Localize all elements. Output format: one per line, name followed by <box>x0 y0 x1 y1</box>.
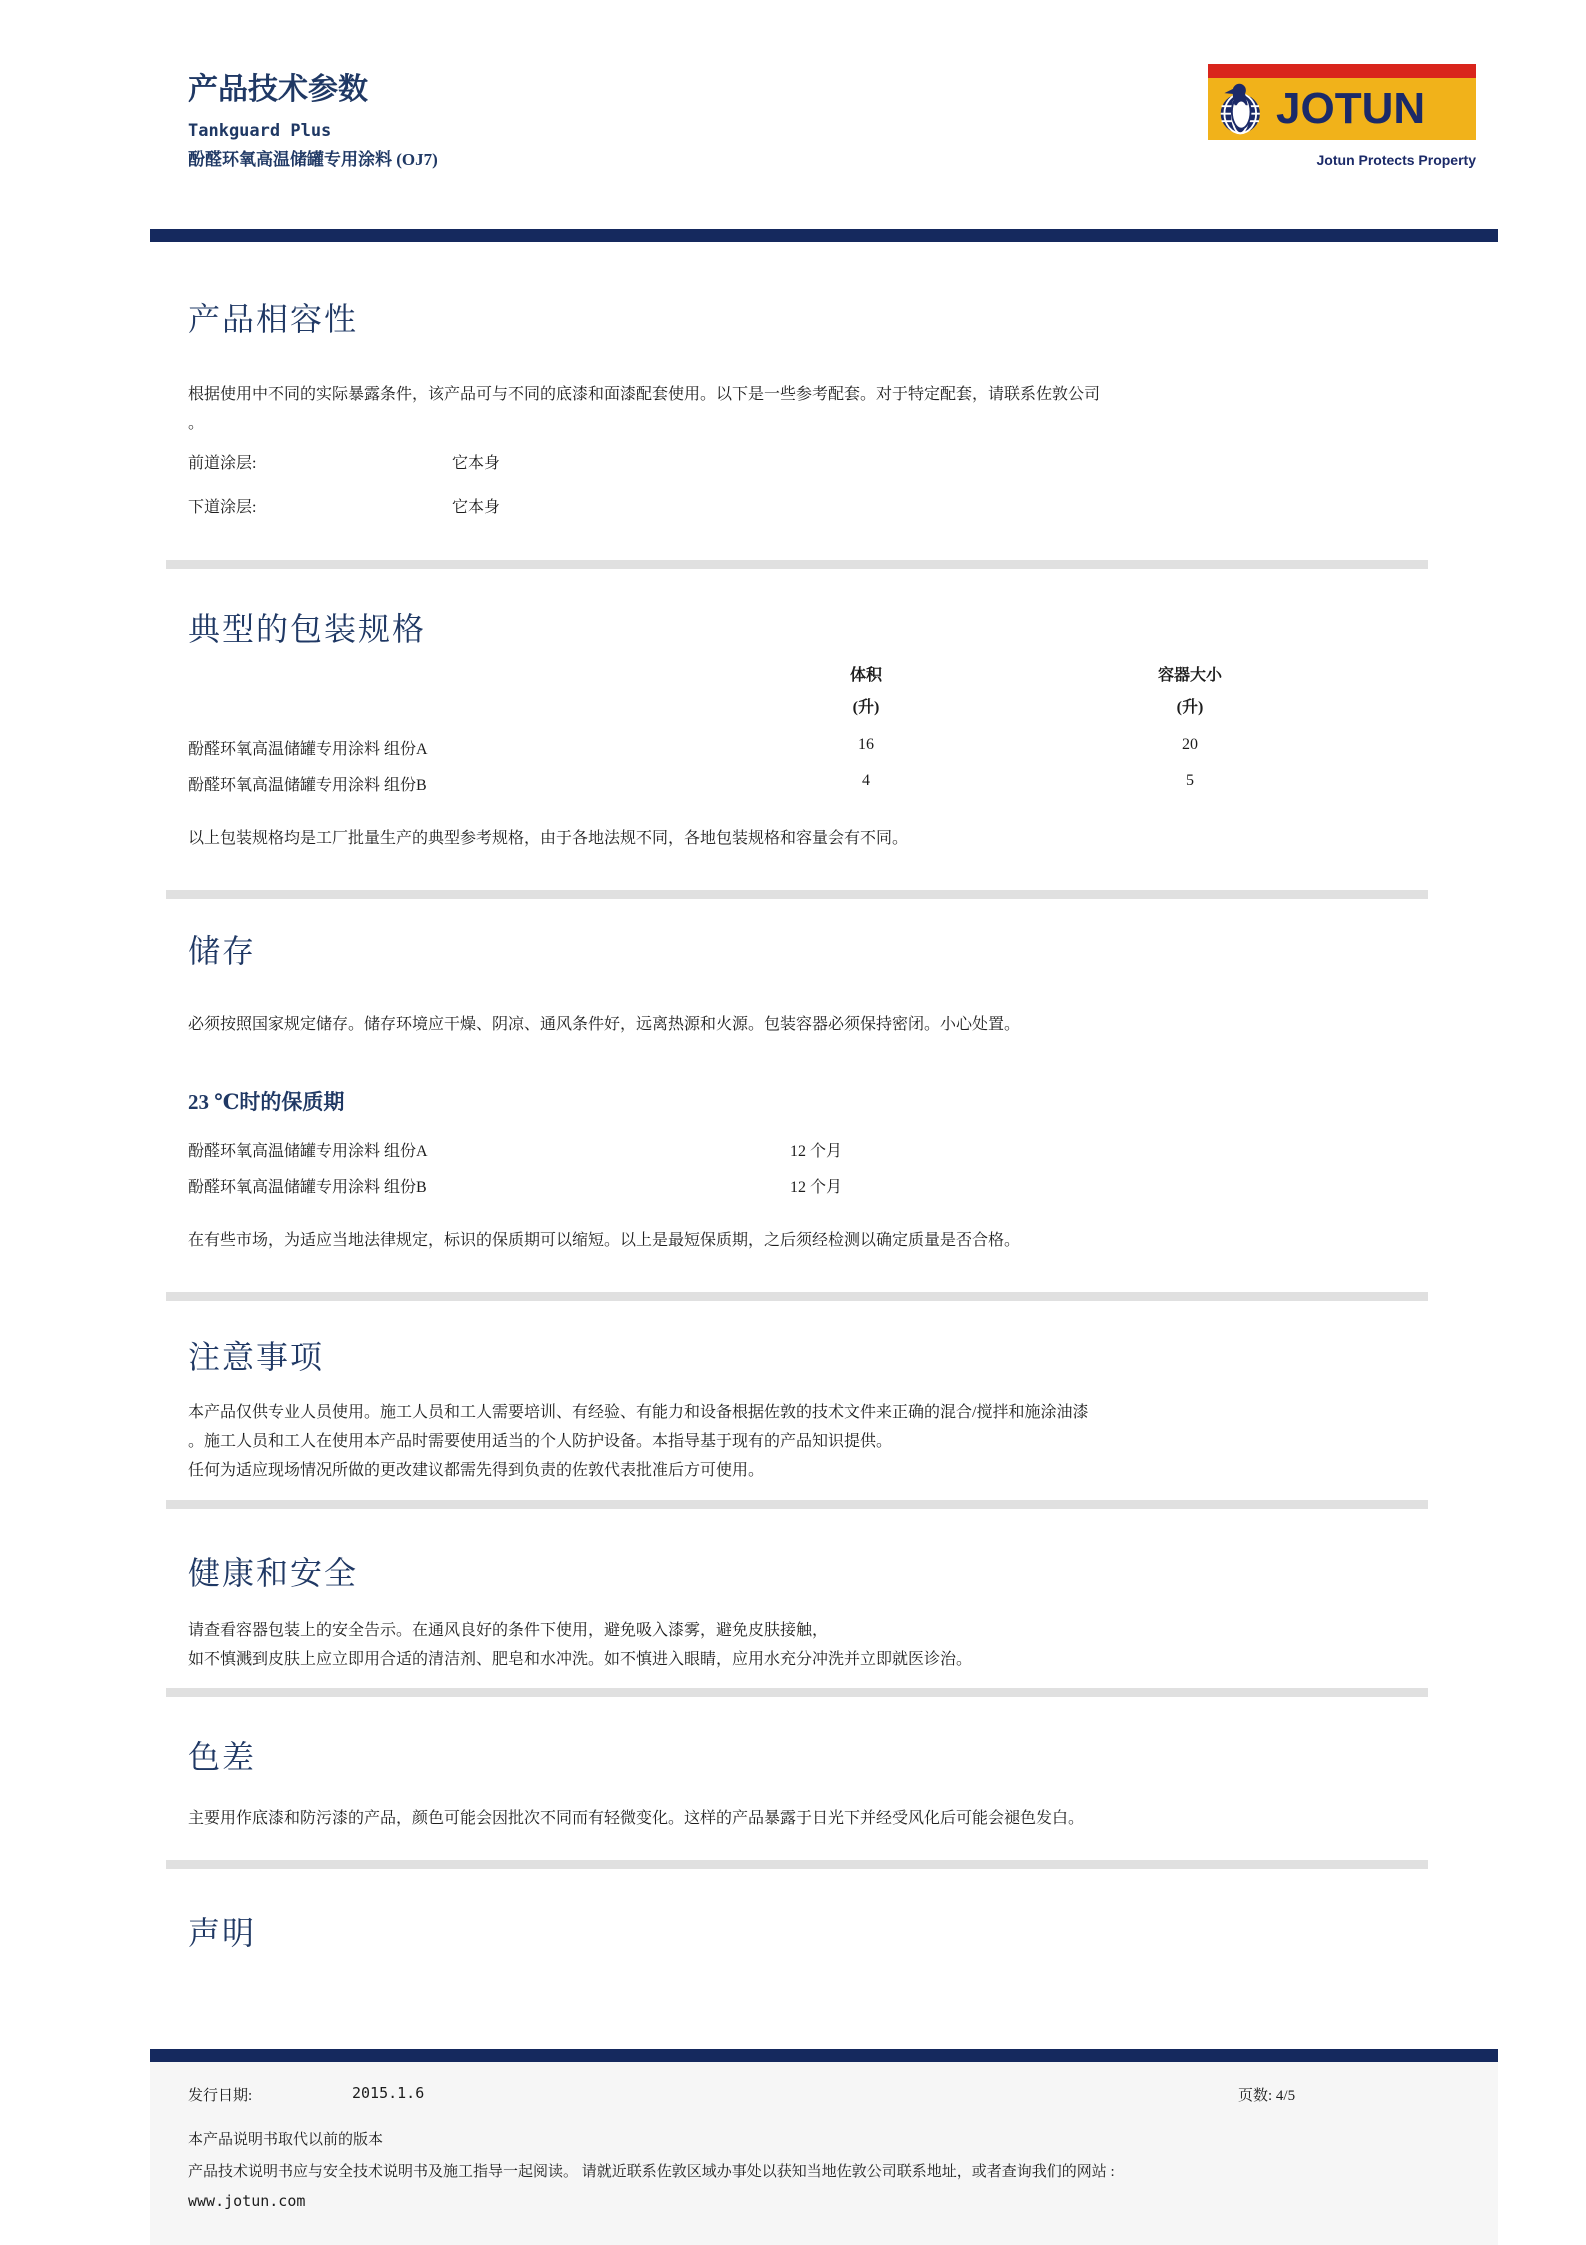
precautions-line3: 任何为适应现场情况所做的更改建议都需先得到负责的佐敦代表批准后方可使用。 <box>188 1456 1480 1485</box>
section-divider <box>166 1292 1428 1301</box>
product-subtitle: 酚醛环氧高温储罐专用涂料 (OJ7) <box>188 145 438 170</box>
section-heading-storage: 储存 <box>188 926 256 972</box>
footer-note-supersedes: 本产品说明书取代以前的版本 <box>188 2128 383 2149</box>
section-heading-packaging: 典型的包装规格 <box>188 604 426 650</box>
logo-red-strip <box>1208 64 1476 78</box>
compatibility-paragraph-line1: 根据使用中不同的实际暴露条件，该产品可与不同的底漆和面漆配套使用。以下是一些参考… <box>188 380 1480 409</box>
packaging-col-volume-title: 体积 <box>786 660 946 692</box>
issue-date-value: 2015.1.6 <box>352 2084 424 2102</box>
section-heading-color-variation: 色差 <box>188 1732 256 1778</box>
penguin-globe-icon <box>1216 81 1272 137</box>
precautions-line1: 本产品仅供专业人员使用。施工人员和工人需要培训、有经验、有能力和设备根据佐敦的技… <box>188 1398 1480 1427</box>
page-title: 产品技术参数 <box>188 64 368 108</box>
compatibility-paragraph: 根据使用中不同的实际暴露条件，该产品可与不同的底漆和面漆配套使用。以下是一些参考… <box>188 380 1480 438</box>
logo-brand-text: JOTUN <box>1276 87 1425 131</box>
header-divider-bar <box>150 229 1498 242</box>
section-divider <box>166 1688 1428 1697</box>
precautions-body: 本产品仅供专业人员使用。施工人员和工人需要培训、有经验、有能力和设备根据佐敦的技… <box>188 1398 1480 1485</box>
footer-note-read-with: 产品技术说明书应与安全技术说明书及施工指导一起阅读。 请就近联系佐敦区域办事处以… <box>188 2160 1480 2181</box>
packaging-col-container: 容器大小 (升) <box>1110 660 1270 724</box>
logo-yellow-box: JOTUN <box>1208 78 1476 140</box>
section-divider <box>166 1500 1428 1509</box>
section-heading-compatibility: 产品相容性 <box>188 294 358 340</box>
health-safety-line2: 如不慎溅到皮肤上应立即用合适的清洁剂、肥皂和水冲洗。如不慎进入眼睛，应用水充分冲… <box>188 1645 1480 1674</box>
shelf-life-heading: 23 ℃时的保质期 <box>188 1086 344 1116</box>
packaging-row-a-label: 酚醛环氧高温储罐专用涂料 组份A <box>188 736 428 759</box>
footer-divider-bar <box>150 2049 1498 2062</box>
packaging-col-container-title: 容器大小 <box>1110 660 1270 692</box>
packaging-row-b-volume: 4 <box>786 772 946 790</box>
section-divider <box>166 1860 1428 1869</box>
section-heading-health-safety: 健康和安全 <box>188 1548 358 1594</box>
health-safety-line1: 请查看容器包装上的安全告示。在通风良好的条件下使用，避免吸入漆雾，避免皮肤接触， <box>188 1616 1480 1645</box>
shelf-life-row-b-label: 酚醛环氧高温储罐专用涂料 组份B <box>188 1174 427 1197</box>
website-link[interactable]: www.jotun.com <box>188 2192 305 2210</box>
shelf-life-row-a-value: 12 个月 <box>790 1138 842 1161</box>
datasheet-page: 产品技术参数 Tankguard Plus 酚醛环氧高温储罐专用涂料 (OJ7) <box>0 0 1586 2245</box>
shelf-life-row-b-value: 12 个月 <box>790 1174 842 1197</box>
health-safety-body: 请查看容器包装上的安全告示。在通风良好的条件下使用，避免吸入漆雾，避免皮肤接触，… <box>188 1616 1480 1674</box>
compatibility-paragraph-line2: 。 <box>188 409 1480 438</box>
section-divider <box>166 560 1428 569</box>
website-link-text[interactable]: www.jotun.com <box>188 2192 305 2210</box>
storage-note: 在有些市场，为适应当地法律规定，标识的保质期可以缩短。以上是最短保质期，之后须经… <box>188 1226 1480 1255</box>
precautions-line2: 。施工人员和工人在使用本产品时需要使用适当的个人防护设备。本指导基于现有的产品知… <box>188 1427 1480 1456</box>
previous-coat-value: 它本身 <box>452 450 500 473</box>
section-heading-statement: 声明 <box>188 1908 256 1954</box>
packaging-row-b-label: 酚醛环氧高温储罐专用涂料 组份B <box>188 772 427 795</box>
packaging-col-volume: 体积 (升) <box>786 660 946 724</box>
subsequent-coat-value: 它本身 <box>452 494 500 517</box>
previous-coat-label: 前道涂层: <box>188 450 256 473</box>
jotun-logo: JOTUN <box>1208 64 1476 140</box>
packaging-row-a-volume: 16 <box>786 736 946 754</box>
storage-body: 必须按照国家规定储存。储存环境应干燥、阴凉、通风条件好，远离热源和火源。包装容器… <box>188 1010 1480 1039</box>
section-divider <box>166 890 1428 899</box>
page-number: 页数: 4/5 <box>1238 2084 1295 2105</box>
packaging-note: 以上包装规格均是工厂批量生产的典型参考规格，由于各地法规不同，各地包装规格和容量… <box>188 824 1480 853</box>
packaging-col-volume-unit: (升) <box>786 692 946 724</box>
packaging-col-container-unit: (升) <box>1110 692 1270 724</box>
packaging-row-a-container: 20 <box>1110 736 1270 754</box>
packaging-row-b-container: 5 <box>1110 772 1270 790</box>
section-heading-precautions: 注意事项 <box>188 1332 324 1378</box>
product-name: Tankguard Plus <box>188 121 331 141</box>
color-variation-body: 主要用作底漆和防污漆的产品，颜色可能会因批次不同而有轻微变化。这样的产品暴露于日… <box>188 1804 1480 1833</box>
issue-date-label: 发行日期: <box>188 2084 252 2105</box>
logo-tagline: Jotun Protects Property <box>1208 152 1476 168</box>
shelf-life-row-a-label: 酚醛环氧高温储罐专用涂料 组份A <box>188 1138 428 1161</box>
subsequent-coat-label: 下道涂层: <box>188 494 256 517</box>
